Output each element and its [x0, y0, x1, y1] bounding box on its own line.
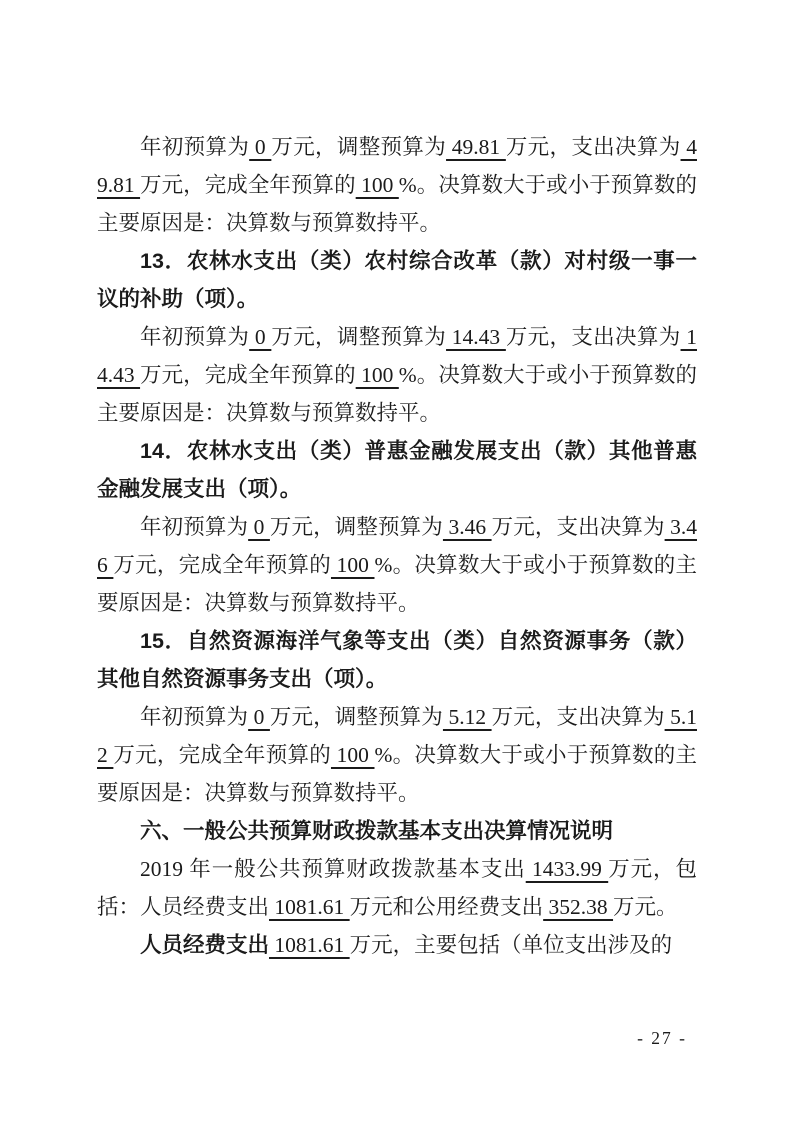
text-run: 年初预算为	[140, 705, 248, 729]
underlined-value: 0	[249, 135, 271, 159]
underlined-value: 1433.99	[526, 857, 608, 881]
text-run: 万元，完成全年预算的	[113, 553, 331, 577]
underlined-value: 1081.61	[269, 895, 350, 919]
text-run: 万元，支出决算为	[506, 135, 681, 159]
page-number: - 27 -	[637, 1028, 687, 1049]
text-run: 万元，调整预算为	[271, 135, 446, 159]
underlined-value: 14.43	[446, 325, 506, 349]
document-body: 年初预算为 0 万元，调整预算为 49.81 万元，支出决算为 49.81 万元…	[97, 128, 697, 964]
underlined-value: 100	[356, 173, 399, 197]
underlined-value: 100	[356, 363, 399, 387]
heading: 13．农林水支出（类）农村综合改革（款）对村级一事一议的补助（项）。	[97, 242, 697, 318]
underlined-value: 100	[331, 553, 375, 577]
text-run: 万元，完成全年预算的	[113, 743, 331, 767]
paragraph: 年初预算为 0 万元，调整预算为 3.46 万元，支出决算为 3.46 万元，完…	[97, 508, 697, 622]
text-run: 万元，调整预算为	[270, 515, 443, 539]
underlined-value: 1081.61	[269, 933, 350, 957]
text-run: 万元，支出决算为	[506, 325, 681, 349]
text-run: 万元，主要包括（单位支出涉及的	[350, 933, 673, 957]
paragraph: 年初预算为 0 万元，调整预算为 5.12 万元，支出决算为 5.12 万元，完…	[97, 698, 697, 812]
document-page: 年初预算为 0 万元，调整预算为 49.81 万元，支出决算为 49.81 万元…	[0, 0, 793, 1122]
text-run: 2019 年一般公共预算财政拨款基本支出	[140, 857, 526, 881]
text-run: 年初预算为	[140, 135, 249, 159]
text-run: 万元。	[613, 895, 678, 919]
paragraph: 年初预算为 0 万元，调整预算为 14.43 万元，支出决算为 14.43 万元…	[97, 318, 697, 432]
text-run: 万元和公用经费支出	[350, 895, 544, 919]
text-run: 万元，调整预算为	[271, 325, 446, 349]
heading: 15．自然资源海洋气象等支出（类）自然资源事务（款）其他自然资源事务支出（项）。	[97, 622, 697, 698]
paragraph: 人员经费支出 1081.61 万元，主要包括（单位支出涉及的	[97, 926, 697, 964]
underlined-value: 5.12	[443, 705, 492, 729]
heading: 14．农林水支出（类）普惠金融发展支出（款）其他普惠金融发展支出（项）。	[97, 432, 697, 508]
underlined-value: 3.46	[443, 515, 492, 539]
text-run: 万元，调整预算为	[270, 705, 443, 729]
bold-text: 六、一般公共预算财政拨款基本支出决算情况说明	[140, 819, 613, 843]
underlined-value: 0	[249, 325, 271, 349]
paragraph: 年初预算为 0 万元，调整预算为 49.81 万元，支出决算为 49.81 万元…	[97, 128, 697, 242]
bold-text: 14．农林水支出（类）普惠金融发展支出（款）其他普惠金融发展支出（项）。	[97, 439, 697, 501]
underlined-value: 352.38	[543, 895, 613, 919]
bold-text: 15．自然资源海洋气象等支出（类）自然资源事务（款）其他自然资源事务支出（项）。	[97, 629, 697, 691]
text-run: 万元，完成全年预算的	[140, 363, 356, 387]
text-run: 年初预算为	[140, 325, 249, 349]
underlined-value: 0	[248, 515, 270, 539]
section-heading: 六、一般公共预算财政拨款基本支出决算情况说明	[97, 812, 697, 850]
underlined-value: 49.81	[446, 135, 506, 159]
text-run: 万元，支出决算为	[492, 515, 665, 539]
bold-text: 13．农林水支出（类）农村综合改革（款）对村级一事一议的补助（项）。	[97, 249, 697, 311]
underlined-value: 0	[248, 705, 270, 729]
text-run: 年初预算为	[140, 515, 248, 539]
bold-text: 人员经费支出	[140, 933, 269, 957]
paragraph: 2019 年一般公共预算财政拨款基本支出 1433.99 万元，包括：人员经费支…	[97, 850, 697, 926]
text-run: 万元，支出决算为	[492, 705, 665, 729]
text-run: 万元，完成全年预算的	[140, 173, 356, 197]
underlined-value: 100	[331, 743, 375, 767]
